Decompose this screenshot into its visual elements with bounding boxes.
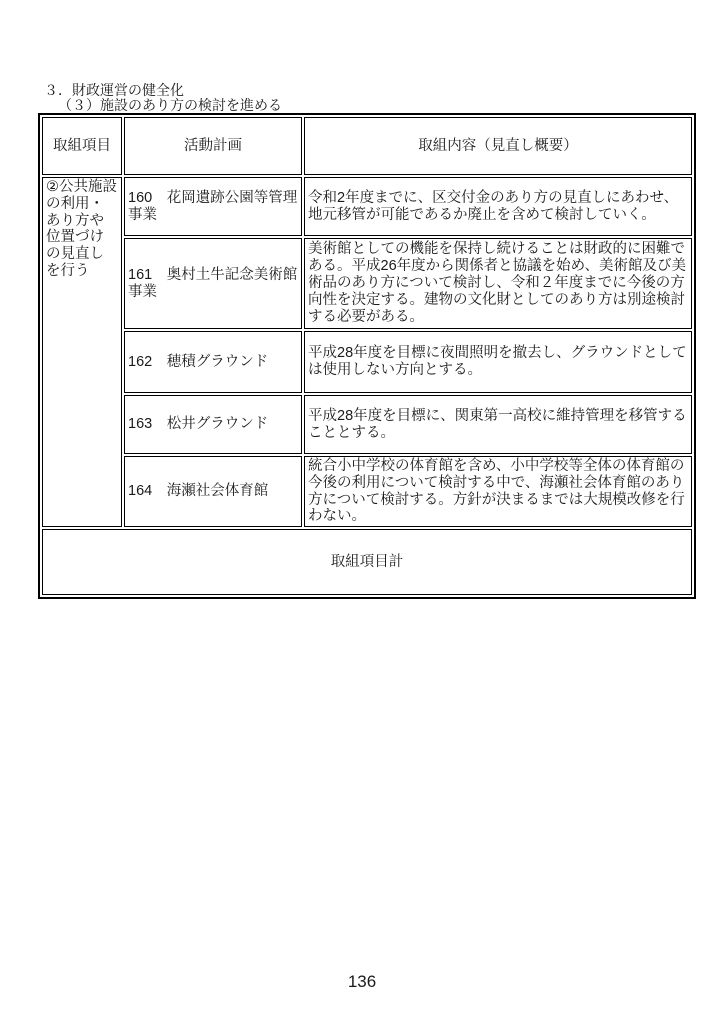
table-row: 162 穂積グラウンド 平成28年度を目標に夜間照明を撤去し、グラウンドとしては… bbox=[42, 331, 692, 393]
facility-review-table: 取組項目 活動計画 取組内容（見直し概要） ②公共施設の利用・あり方や位置づけの… bbox=[38, 113, 696, 599]
plan-cell-162: 162 穂積グラウンド bbox=[124, 331, 302, 393]
subsection-title: （３）施設のあり方の検討を進める bbox=[58, 97, 282, 113]
plan-cell-164: 164 海瀬社会体育館 bbox=[124, 456, 302, 527]
content-cell-162: 平成28年度を目標に夜間照明を撤去し、グラウンドとしては使用しない方向とする。 bbox=[304, 331, 692, 393]
content-cell-164: 統合小中学校の体育館を含め、小中学校等全体の体育館の今後の利用について検討する中… bbox=[304, 456, 692, 527]
table-row: 163 松井グラウンド 平成28年度を目標に、関東第一高校に維持管理を移管するこ… bbox=[42, 395, 692, 454]
content-cell-160: 令和2年度までに、区交付金のあり方の見直しにあわせ、地元移管が可能であるか廃止を… bbox=[304, 177, 692, 236]
table-footer-row: 取組項目計 bbox=[42, 529, 692, 595]
table-row: 161 奥村土牛記念美術館事業 美術館としての機能を保持し続けることは財政的に困… bbox=[42, 238, 692, 329]
content-cell-161: 美術館としての機能を保持し続けることは財政的に困難である。平成26年度から関係者… bbox=[304, 238, 692, 329]
table-row: 164 海瀬社会体育館 統合小中学校の体育館を含め、小中学校等全体の体育館の今後… bbox=[42, 456, 692, 527]
column-header-plan: 活動計画 bbox=[124, 117, 302, 175]
plan-cell-160: 160 花岡遺跡公園等管理事業 bbox=[124, 177, 302, 236]
table-header-row: 取組項目 活動計画 取組内容（見直し概要） bbox=[42, 117, 692, 175]
table-row: ②公共施設の利用・あり方や位置づけの見直しを行う 160 花岡遺跡公園等管理事業… bbox=[42, 177, 692, 236]
section-title: ３．財政運営の健全化 bbox=[44, 82, 184, 98]
page-number: 136 bbox=[0, 972, 724, 992]
table-footer-total: 取組項目計 bbox=[42, 529, 692, 595]
column-header-content: 取組内容（見直し概要） bbox=[304, 117, 692, 175]
plan-cell-163: 163 松井グラウンド bbox=[124, 395, 302, 454]
document-page: ３．財政運営の健全化 （３）施設のあり方の検討を進める 取組項目 活動計画 取組… bbox=[0, 0, 724, 1024]
column-header-item: 取組項目 bbox=[42, 117, 122, 175]
category-cell: ②公共施設の利用・あり方や位置づけの見直しを行う bbox=[42, 177, 122, 527]
content-cell-163: 平成28年度を目標に、関東第一高校に維持管理を移管することとする。 bbox=[304, 395, 692, 454]
plan-cell-161: 161 奥村土牛記念美術館事業 bbox=[124, 238, 302, 329]
